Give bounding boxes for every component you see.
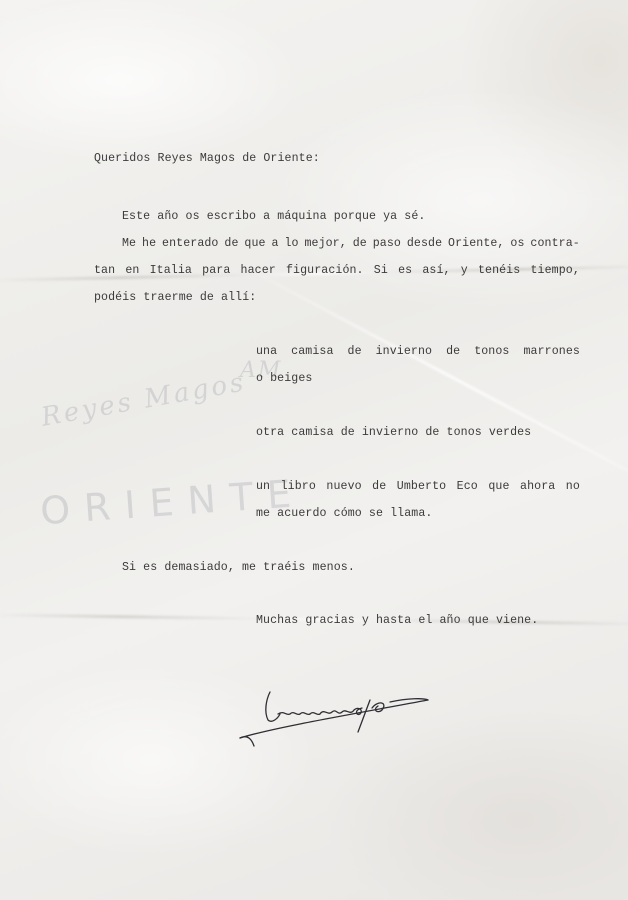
word: ahora (520, 480, 555, 493)
word: marrones (523, 345, 579, 358)
wishlist-item-3-line-2: me acuerdo cómo se llama. (256, 507, 432, 520)
word: así, (422, 264, 450, 277)
word: camisa (291, 345, 333, 358)
signature: Fernando (232, 680, 432, 750)
paper-background (0, 0, 628, 900)
word: una (256, 345, 277, 358)
wishlist-item-1-line-2: o beiges (256, 372, 312, 385)
word: para (202, 264, 230, 277)
word: tan (94, 264, 115, 277)
word: mejor, (304, 237, 346, 250)
word: en (125, 264, 139, 277)
paragraph-3: Si es demasiado, me traéis menos. (122, 561, 355, 574)
word: Eco (457, 480, 478, 493)
word: Umberto (397, 480, 446, 493)
word: Italia (150, 264, 192, 277)
word: tenéis (478, 264, 520, 277)
word: Si (374, 264, 388, 277)
word: un (256, 480, 270, 493)
word: de (372, 480, 386, 493)
word: figuración. (286, 264, 364, 277)
word: Oriente, (448, 237, 504, 250)
word: enterado (162, 237, 218, 250)
closing: Muchas gracias y hasta el año que viene. (256, 614, 538, 627)
word: hacer (241, 264, 276, 277)
word: tiempo, (530, 264, 579, 277)
paragraph-2-line-2: tanenItaliaparahacerfiguración.Siesasí,y… (94, 264, 580, 277)
word: no (566, 480, 580, 493)
wishlist-item-2: otra camisa de invierno de tonos verdes (256, 426, 531, 439)
word: nuevo (326, 480, 361, 493)
word: y (461, 264, 468, 277)
word: de (446, 345, 460, 358)
word: de (348, 345, 362, 358)
salutation: Queridos Reyes Magos de Oriente: (94, 152, 320, 165)
word: desde (407, 237, 442, 250)
word: paso (373, 237, 401, 250)
word: que (488, 480, 509, 493)
word: invierno (376, 345, 432, 358)
paragraph-1: Este año os escribo a máquina porque ya … (122, 210, 425, 223)
word: de (224, 237, 238, 250)
word: que (244, 237, 265, 250)
word: a (271, 237, 278, 250)
word: lo (284, 237, 298, 250)
word: es (398, 264, 412, 277)
word: tonos (474, 345, 509, 358)
word: he (142, 237, 156, 250)
word: os (510, 237, 524, 250)
word: Me (122, 237, 136, 250)
wishlist-item-1-line-1: unacamisadeinviernodetonosmarrones (256, 345, 580, 358)
word: de (353, 237, 367, 250)
word: libro (281, 480, 316, 493)
word: contra- (530, 237, 579, 250)
wishlist-item-3-line-1: unlibronuevodeUmbertoEcoqueahorano (256, 480, 580, 493)
paragraph-2-line-3: podéis traerme de allí: (94, 291, 256, 304)
paragraph-2-line-1: Meheenteradodequealomejor,depasodesdeOri… (122, 237, 580, 250)
